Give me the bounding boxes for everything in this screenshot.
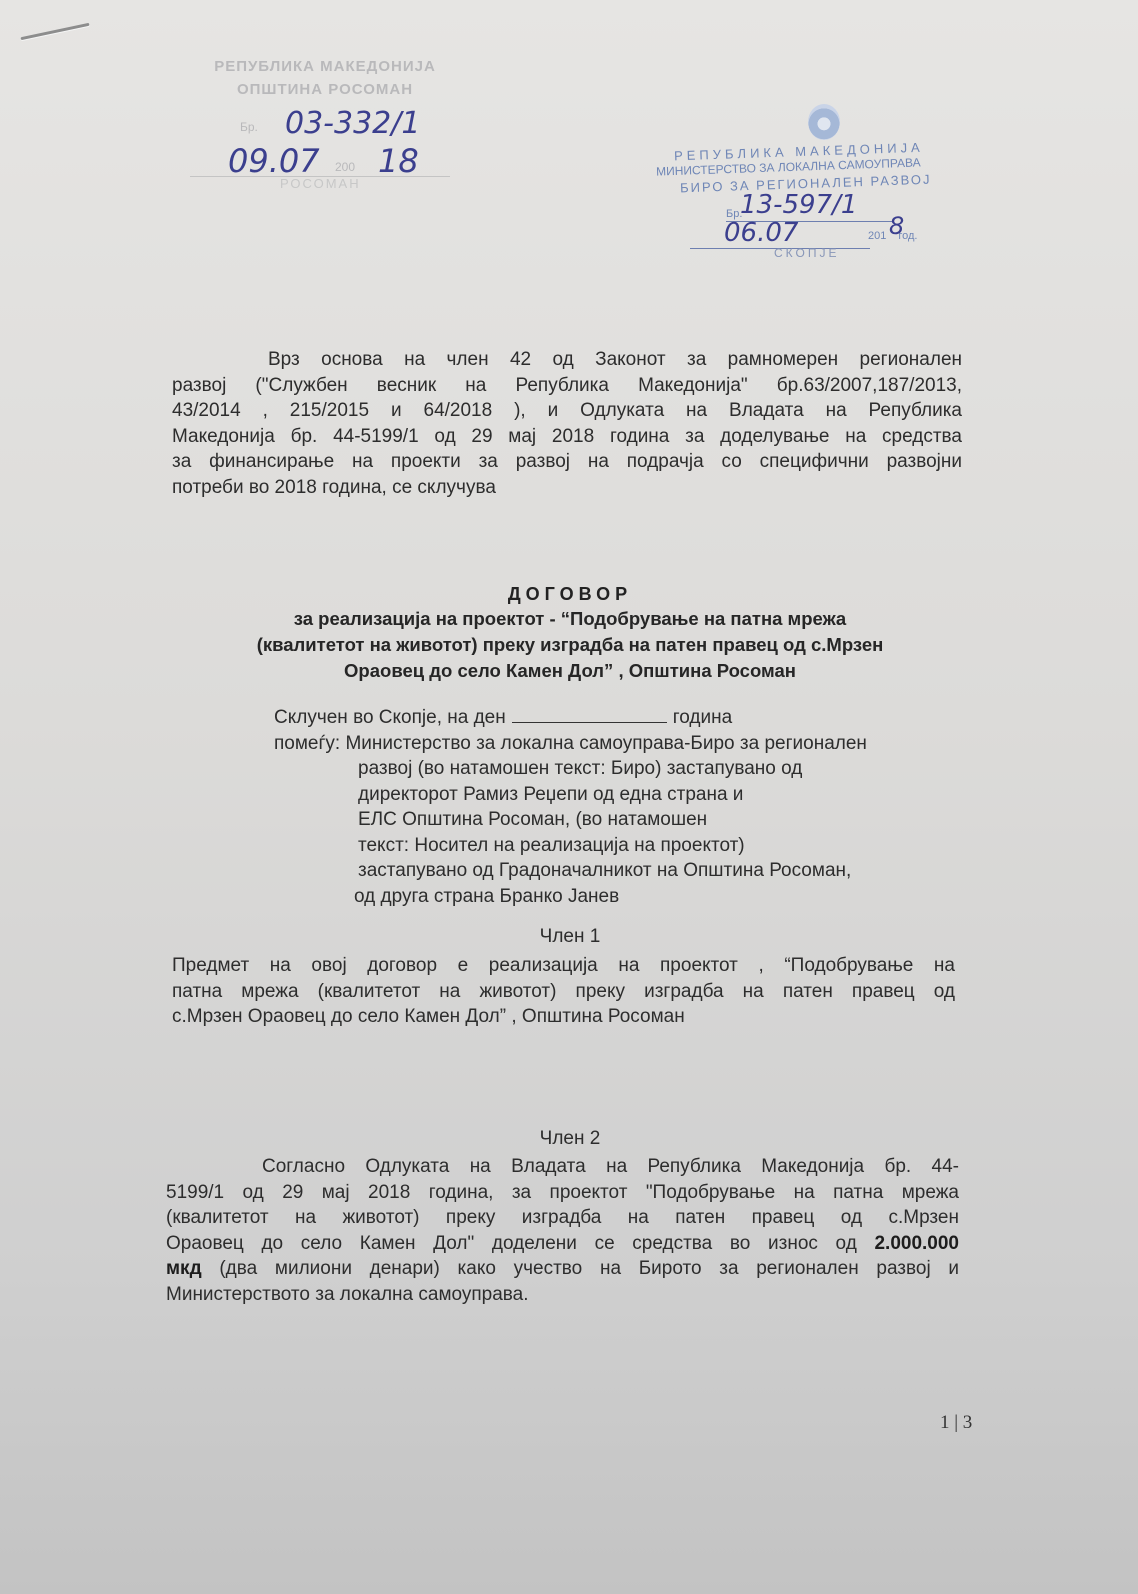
stamp-year-digit: 8	[889, 212, 904, 240]
party-line: текст: Носител на реализација на проекто…	[274, 833, 974, 859]
parties-section: Склучен во Скопје, на денгодина помеѓу: …	[274, 705, 974, 909]
stamp-year-prefix: 200	[335, 160, 355, 174]
preamble-line: развој ("Службен весник на Република Мак…	[172, 373, 962, 399]
article-line: Согласно Одлуката на Владата на Републик…	[166, 1154, 959, 1180]
title-line: Ораовец до село Камен Дол” , Општина Рос…	[180, 658, 960, 684]
stamp-city: РОСОМАН	[280, 176, 361, 191]
article-1-body: Предмет на овој договор е реализација на…	[172, 953, 955, 1030]
article-2-heading: Член 2	[160, 1128, 980, 1150]
coat-of-arms-icon	[808, 104, 840, 140]
stamp-year: 18	[378, 142, 419, 180]
currency-label: мкд	[166, 1258, 202, 1279]
stamp-city: СКОПЈЕ	[774, 246, 839, 260]
stamp-registration-number: 13-597/1	[740, 190, 857, 220]
staple-mark	[20, 23, 89, 40]
document-page: РЕПУБЛИКА МАКЕДОНИЈА ОПШТИНА РОСОМАН Бр.…	[0, 0, 1138, 1594]
preamble-line: потреби во 2018 година, се склучува	[172, 475, 962, 501]
stamp-republic-text: РЕПУБЛИКА МАКЕДОНИЈА	[180, 58, 470, 75]
document-heading: ДОГОВОР	[180, 582, 960, 606]
party-line: ЕЛС Општина Росоман, (во натамошен	[274, 807, 974, 833]
stamp-municipality-text: ОПШТИНА РОСОМАН	[180, 81, 470, 98]
preamble-line: 43/2014 , 215/2015 и 64/2018 ), и Одлука…	[172, 398, 962, 424]
article-line: патна мрежа (квалитетот на животот) прек…	[172, 979, 955, 1005]
party-line: застапувано од Градоначалникот на Општин…	[274, 858, 974, 884]
party-line: од друга страна Бранко Јанев	[274, 884, 974, 910]
article-1-heading: Член 1	[160, 926, 980, 948]
stamp-date: 06.07	[724, 218, 798, 248]
amount-value: 2.000.000	[874, 1233, 959, 1254]
page-number: 1 | 3	[940, 1412, 972, 1434]
preamble-line: Македонија бр. 44-5199/1 од 29 мај 2018 …	[172, 424, 962, 450]
article-line: Ораовец до село Камен Дол" доделени се с…	[166, 1231, 959, 1257]
stamp-registration-number: 03-332/1	[285, 106, 420, 141]
article-line: с.Мрзен Ораовец до село Камен Дол” , Опш…	[172, 1004, 955, 1030]
party-line: директорот Рамиз Реџепи од една страна и	[274, 782, 974, 808]
municipality-stamp: РЕПУБЛИКА МАКЕДОНИЈА ОПШТИНА РОСОМАН Бр.…	[180, 58, 470, 98]
article-line: (квалитетот на животот) преку изградба н…	[166, 1205, 959, 1231]
preamble-line: Врз основа на член 42 од Законот за рамн…	[172, 347, 962, 373]
title-line: за реализација на проектот - “Подобрувањ…	[180, 606, 960, 632]
date-blank-field	[512, 708, 667, 723]
concluded-line: Склучен во Скопје, на денгодина	[274, 705, 974, 731]
party-line: развој (во натамошен текст: Биро) застап…	[274, 756, 974, 782]
article-line: мкд (два милиони денари) како учество на…	[166, 1256, 959, 1282]
stamp-date: 09.07	[228, 142, 320, 180]
article-2-body: Согласно Одлуката на Владата на Републик…	[166, 1154, 959, 1307]
contract-title: ДОГОВОР за реализација на проектот - “По…	[180, 582, 960, 684]
stamp-number-prefix: Бр.	[240, 120, 258, 134]
article-line: Предмет на овој договор е реализација на…	[172, 953, 955, 979]
preamble-line: за финансирање на проекти за развој на п…	[172, 449, 962, 475]
party-line: помеѓу: Министерство за локална самоупра…	[274, 731, 974, 757]
article-line: 5199/1 од 29 мај 2018 година, за проекто…	[166, 1180, 959, 1206]
preamble-paragraph: Врз основа на член 42 од Законот за рамн…	[172, 347, 962, 500]
article-line: Министерството за локална самоуправа.	[166, 1282, 959, 1308]
title-line: (квалитетот на животот) преку изградба н…	[180, 632, 960, 658]
